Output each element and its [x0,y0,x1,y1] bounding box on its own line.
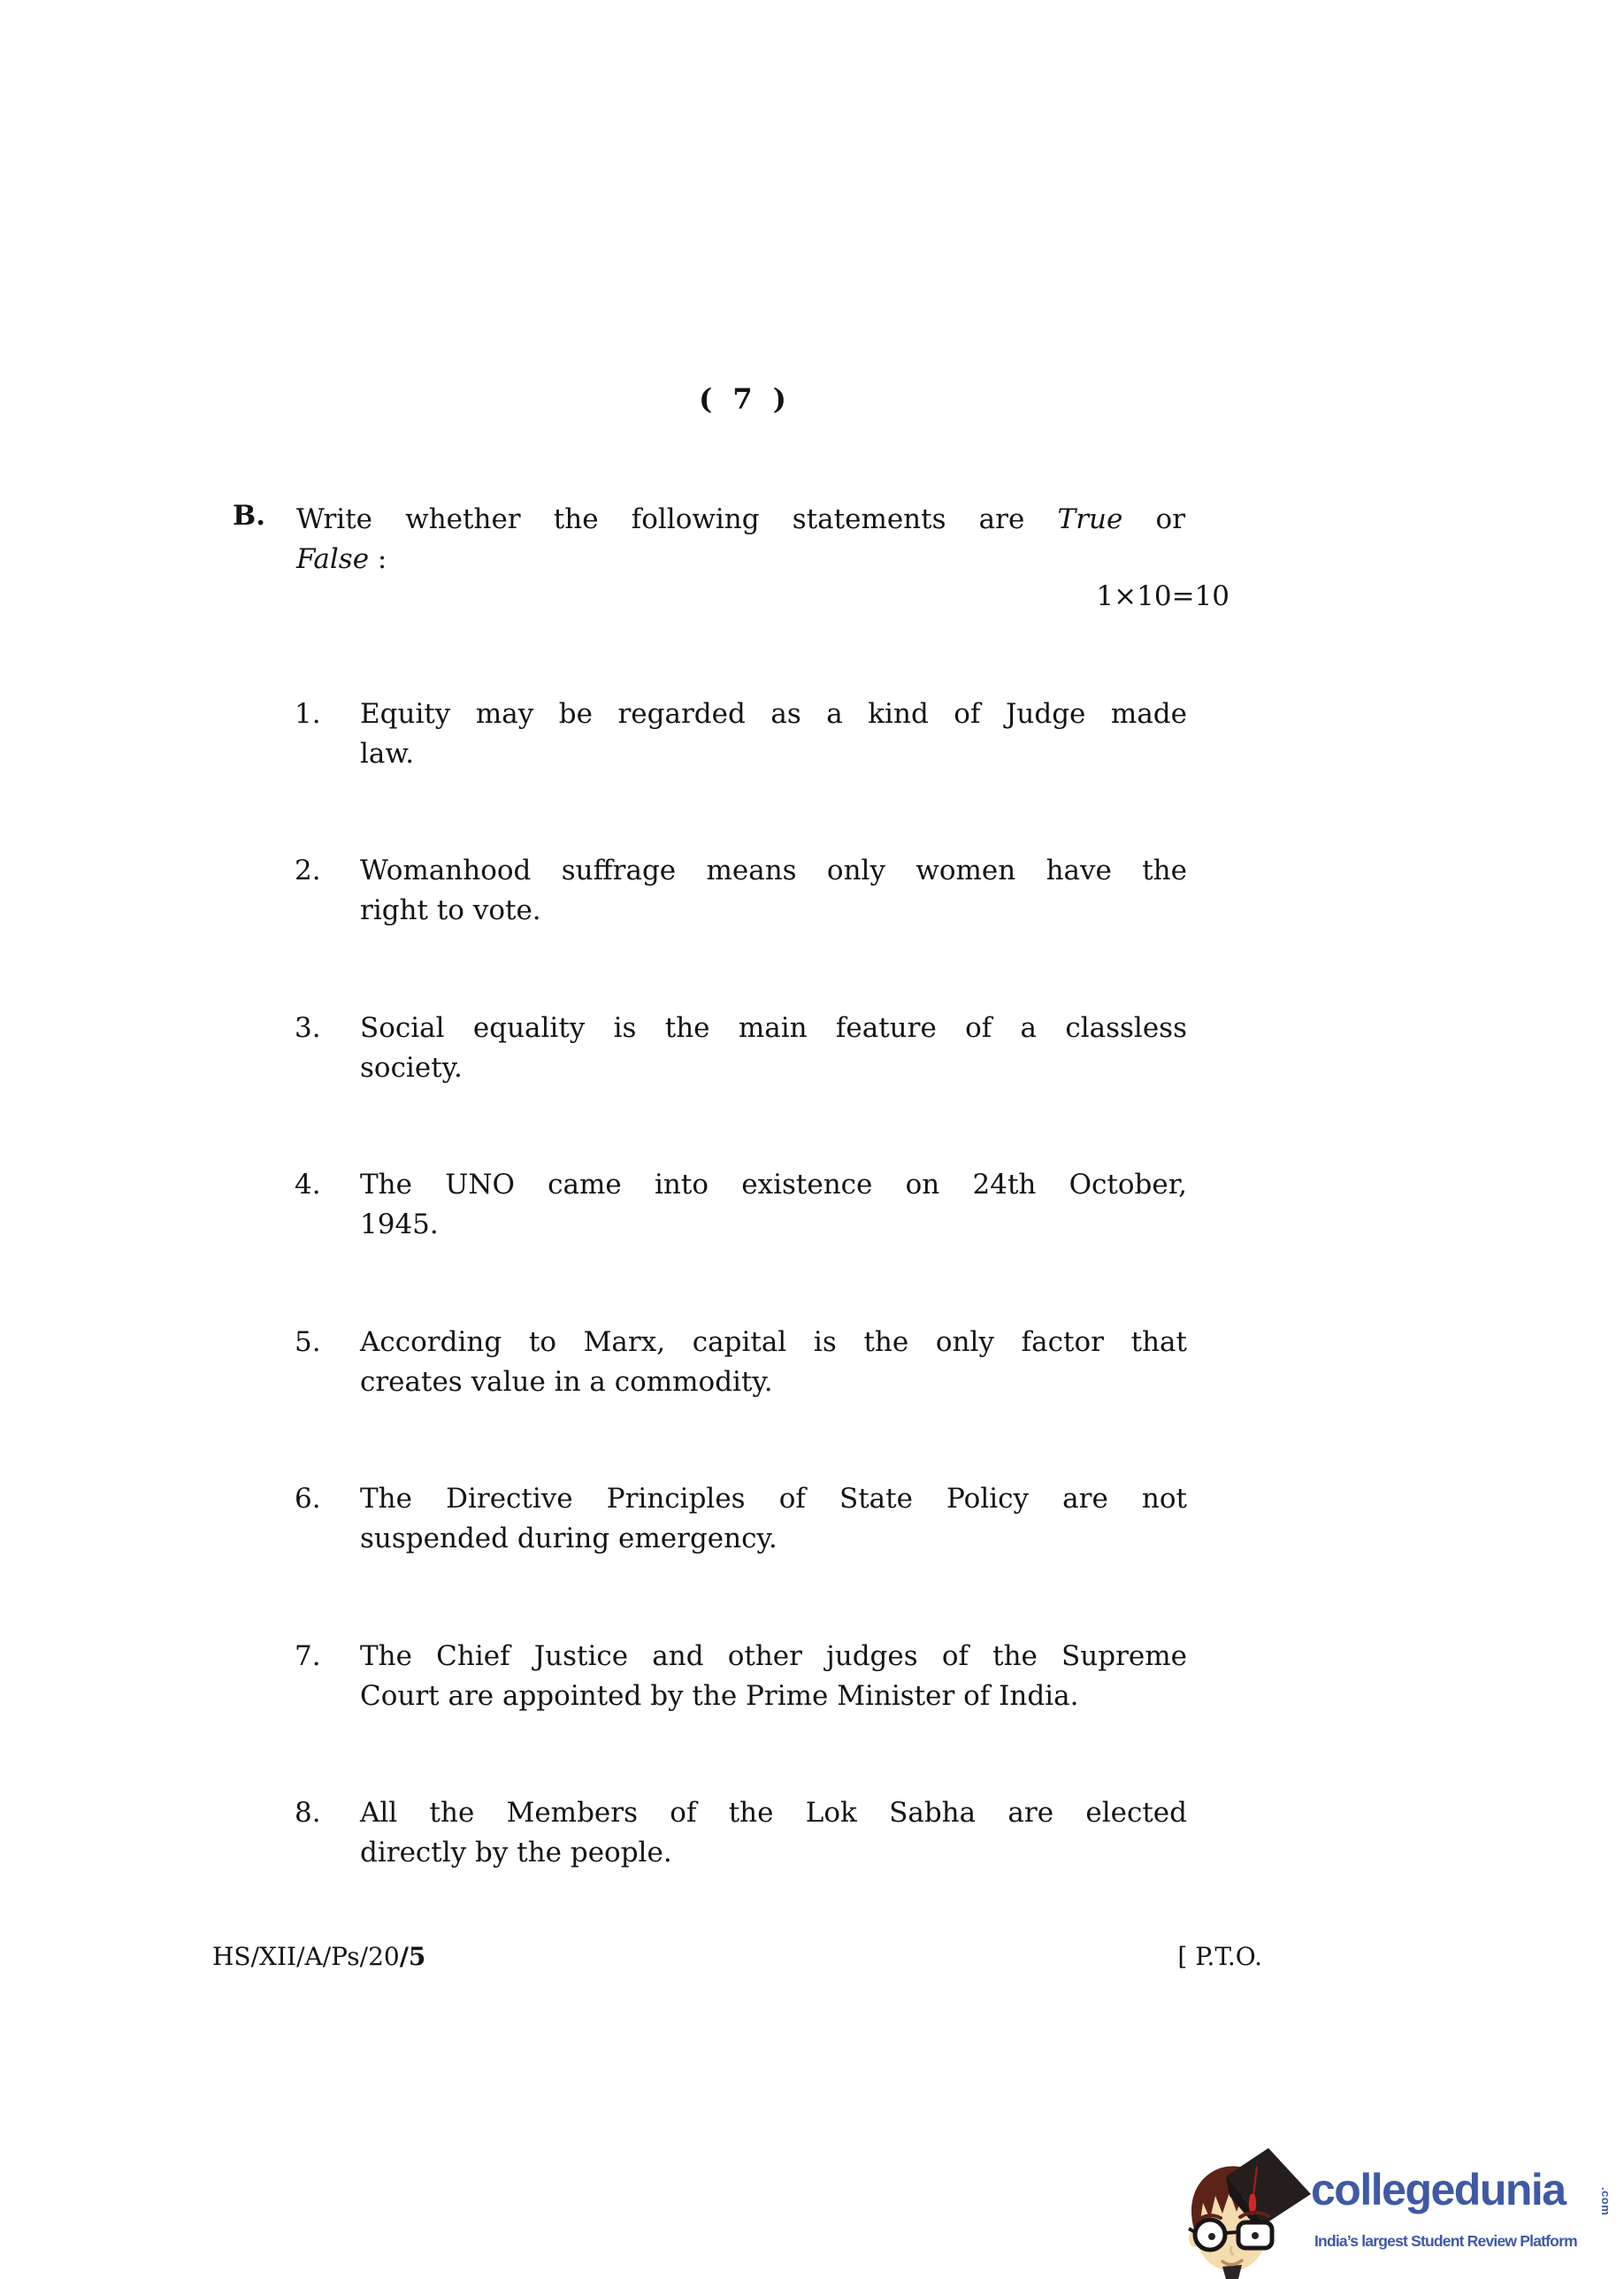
statement-line: society. [360,1048,1187,1088]
statement-line: All the Members of the Lok Sabha are ele… [360,1793,1187,1833]
instruction-colon: : [378,543,387,575]
statement-line: right to vote. [360,891,1187,931]
statement-number: 7. [295,1637,349,1677]
statement-line: directly by the people. [360,1833,1187,1873]
statement-line: The Chief Justice and other judges of th… [360,1637,1187,1677]
statement-number: 2. [295,851,349,891]
collegedunia-logo: collegedunia .com India’s largest Studen… [1176,2141,1624,2279]
section-instruction: Write whether the following statements a… [296,500,1185,579]
statement-line: The UNO came into existence on 24th Octo… [360,1165,1187,1205]
statement-line: Womanhood suffrage means only women have… [360,851,1187,891]
statement-line: Court are appointed by the Prime Ministe… [360,1677,1187,1716]
collegedunia-wordmark: collegedunia [1311,2168,1566,2212]
statement-1: Equity may be regarded as a kind of Judg… [360,694,1187,774]
statement-number: 4. [295,1165,349,1205]
statement-5: According to Marx, capital is the only f… [360,1323,1187,1402]
paper-code: HS/XII/A/Ps/20/5 [212,1939,425,1975]
statement-line: The Directive Principles of State Policy… [360,1479,1187,1519]
instruction-text-end: or [1156,503,1185,535]
statement-number: 1. [295,694,349,734]
statement-line: According to Marx, capital is the only f… [360,1323,1187,1362]
statement-line: suspended during emergency. [360,1519,1187,1559]
statement-line: law. [360,734,1187,774]
section-label: B. [233,500,265,532]
collegedunia-tagline: India’s largest Student Review Platform [1314,2232,1620,2251]
marks-scheme: 1×10=10 [296,577,1229,617]
statement-3: Social equality is the main feature of a… [360,1009,1187,1088]
statement-6: The Directive Principles of State Policy… [360,1479,1187,1559]
statement-line: creates value in a commodity. [360,1362,1187,1402]
pto-note: [ P.T.O. [885,1939,1262,1975]
statement-number: 5. [295,1323,349,1362]
instruction-false-word: False [296,543,369,575]
statement-number: 3. [295,1009,349,1048]
instruction-line-1: Write whether the following statements a… [296,500,1185,540]
statement-2: Womanhood suffrage means only women have… [360,851,1187,931]
statement-number: 8. [295,1793,349,1833]
statement-line: Equity may be regarded as a kind of Judg… [360,694,1187,734]
statement-4: The UNO came into existence on 24th Octo… [360,1165,1187,1245]
statement-line: Social equality is the main feature of a… [360,1009,1187,1048]
instruction-line-2: False : [296,540,1185,579]
graduate-boy-mascot-icon [1176,2141,1318,2279]
instruction-true-word: True [1058,503,1123,535]
statement-line: 1945. [360,1205,1187,1245]
statement-7: The Chief Justice and other judges of th… [360,1637,1187,1716]
statement-number: 6. [295,1479,349,1519]
page-number: ( 7 ) [217,382,1269,416]
collegedunia-tld: .com [1599,2187,1613,2215]
statement-8: All the Members of the Lok Sabha are ele… [360,1793,1187,1873]
exam-paper-page: ( 7 ) B. Write whether the following sta… [0,0,1624,2279]
paper-code-text: HS/XII/A/Ps/20 [212,1942,400,1971]
paper-code-set: /5 [400,1942,426,1971]
instruction-text: Write whether the following statements a… [296,503,1024,535]
